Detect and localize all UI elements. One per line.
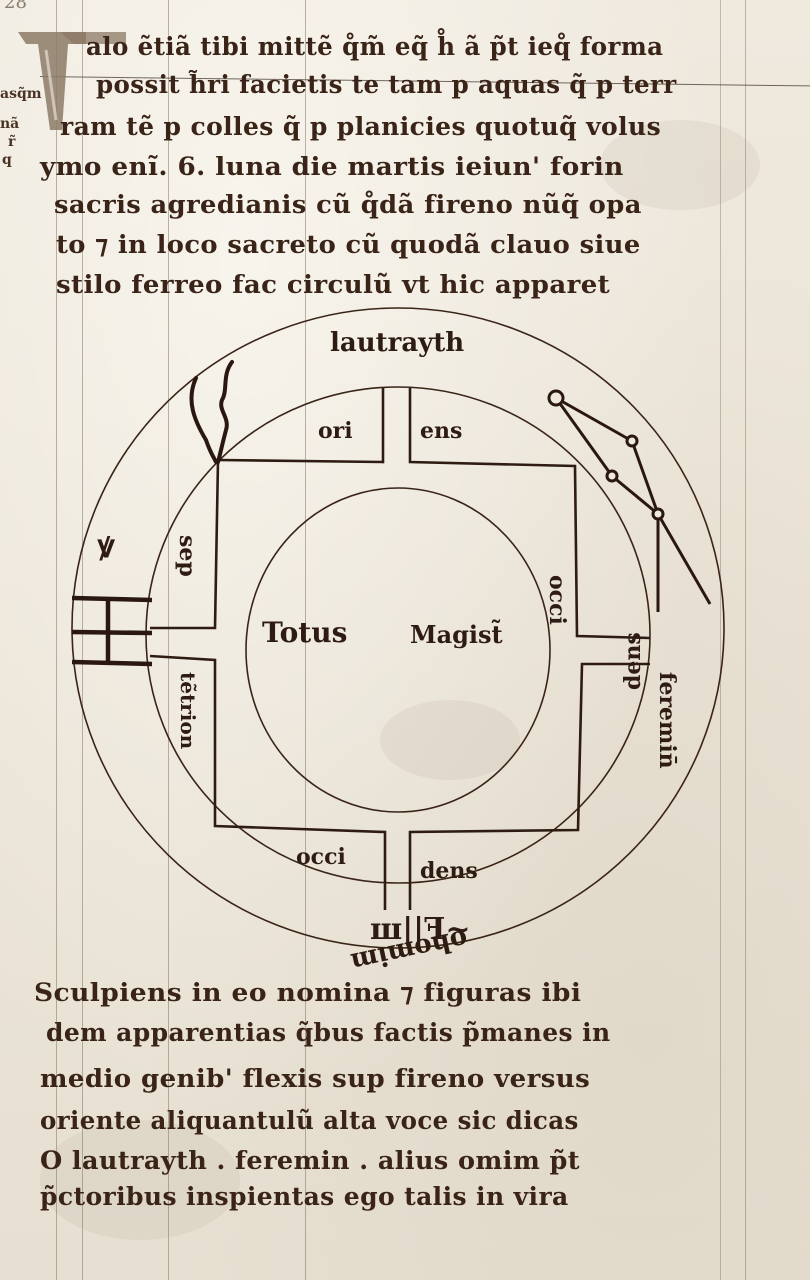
text-line: p̃ctoribus inspientas ego talis in vira bbox=[40, 1182, 569, 1211]
left-glyph-symbol: ꝟ bbox=[98, 524, 114, 567]
quadrant-label-left-top: sep bbox=[174, 535, 200, 577]
text-line: Sculpiens in eo nomina ⁊ figuras ibi bbox=[34, 978, 581, 1007]
manuscript-page: 28 asq̃m nã r̃ q alo ẽtiã tibi mittẽ q̊m… bbox=[0, 0, 810, 1280]
center-text-magister: Magist̃ bbox=[410, 620, 503, 649]
text-line: medio genib' flexis sup fireno versus bbox=[40, 1064, 590, 1093]
text-line: oriente aliquantulũ alta voce sic dicas bbox=[40, 1106, 579, 1135]
outer-label-top: lautrayth bbox=[330, 328, 464, 358]
text-line: O lautrayth . feremin . alius omim p̃t bbox=[40, 1146, 580, 1175]
inner-circle bbox=[246, 488, 550, 812]
quadrant-label-left-bottom: tẽtrion bbox=[176, 672, 200, 749]
center-text-totus: Totus bbox=[262, 616, 347, 649]
middle-circle bbox=[146, 387, 650, 883]
outer-label-bottom-glyphs: ш||ꟻ~ bbox=[370, 912, 471, 947]
quadrant-label-top-left: ori bbox=[318, 418, 353, 444]
outer-label-right: feremin̄ bbox=[654, 672, 680, 769]
text-line: dem apparentias q̃bus factis p̃manes in bbox=[46, 1018, 611, 1047]
quadrant-label-bottom-right: dens bbox=[420, 858, 478, 884]
quadrant-label-bottom-left: occi bbox=[296, 844, 346, 870]
quadrant-label-right-top: occi bbox=[544, 575, 570, 625]
quadrant-label-right-bottom: dens bbox=[620, 632, 646, 690]
quadrant-label-top-right: ens bbox=[420, 418, 462, 444]
